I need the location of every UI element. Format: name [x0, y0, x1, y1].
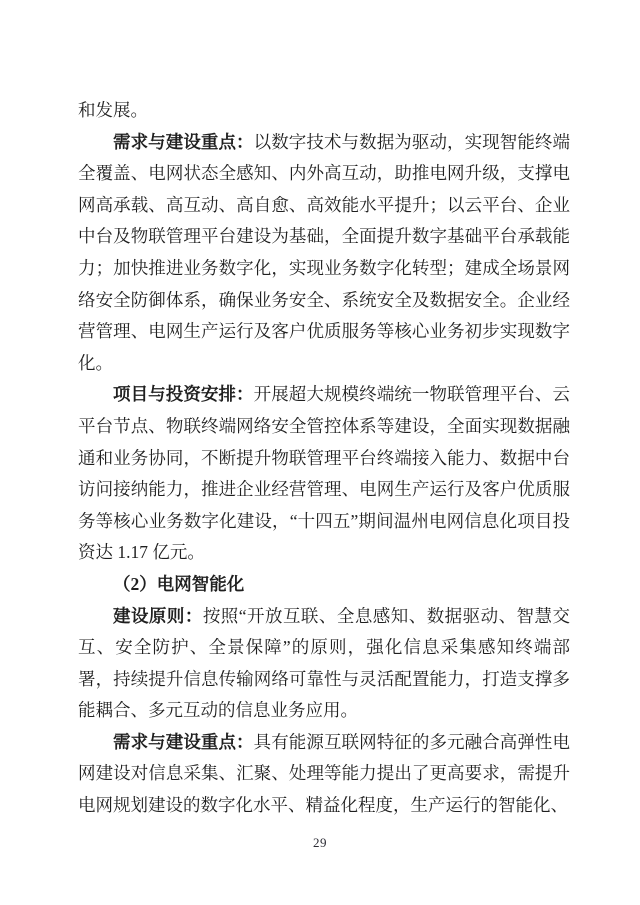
paragraph-text: 开展超大规模终端统一物联管理平台、云平台节点、物联终端网络安全管控体系等建设，全…: [78, 384, 570, 562]
document-page: 和发展。 需求与建设重点：以数字技术与数据为驱动，实现智能终端全覆盖、电网状态全…: [0, 0, 640, 905]
paragraph-lead: 项目与投资安排：: [113, 384, 254, 404]
paragraph-continuation: 和发展。: [78, 95, 570, 127]
page-number: 29: [313, 835, 327, 850]
document-body: 和发展。 需求与建设重点：以数字技术与数据为驱动，实现智能终端全覆盖、电网状态全…: [78, 95, 570, 822]
section-heading-grid-intelligence: （2）电网智能化: [78, 569, 570, 601]
paragraph-project-investment: 项目与投资安排：开展超大规模终端统一物联管理平台、云平台节点、物联终端网络安全管…: [78, 379, 570, 569]
paragraph-text: 和发展。: [78, 100, 148, 120]
paragraph-lead: 需求与建设重点：: [113, 732, 254, 752]
paragraph-lead: 建设原则：: [113, 606, 203, 626]
paragraph-demand-keypoints-1: 需求与建设重点：以数字技术与数据为驱动，实现智能终端全覆盖、电网状态全感知、内外…: [78, 127, 570, 380]
paragraph-lead: 需求与建设重点：: [113, 132, 254, 152]
paragraph-text: 以数字技术与数据为驱动，实现智能终端全覆盖、电网状态全感知、内外高互动，助推电网…: [78, 132, 570, 373]
paragraph-construction-principles: 建设原则：按照“开放互联、全息感知、数据驱动、智慧交互、安全防护、全景保障”的原…: [78, 601, 570, 727]
page-footer: 29: [0, 834, 640, 852]
section-heading-text: （2）电网智能化: [113, 574, 244, 594]
paragraph-demand-keypoints-2: 需求与建设重点：具有能源互联网特征的多元融合高弹性电网建设对信息采集、汇聚、处理…: [78, 727, 570, 822]
